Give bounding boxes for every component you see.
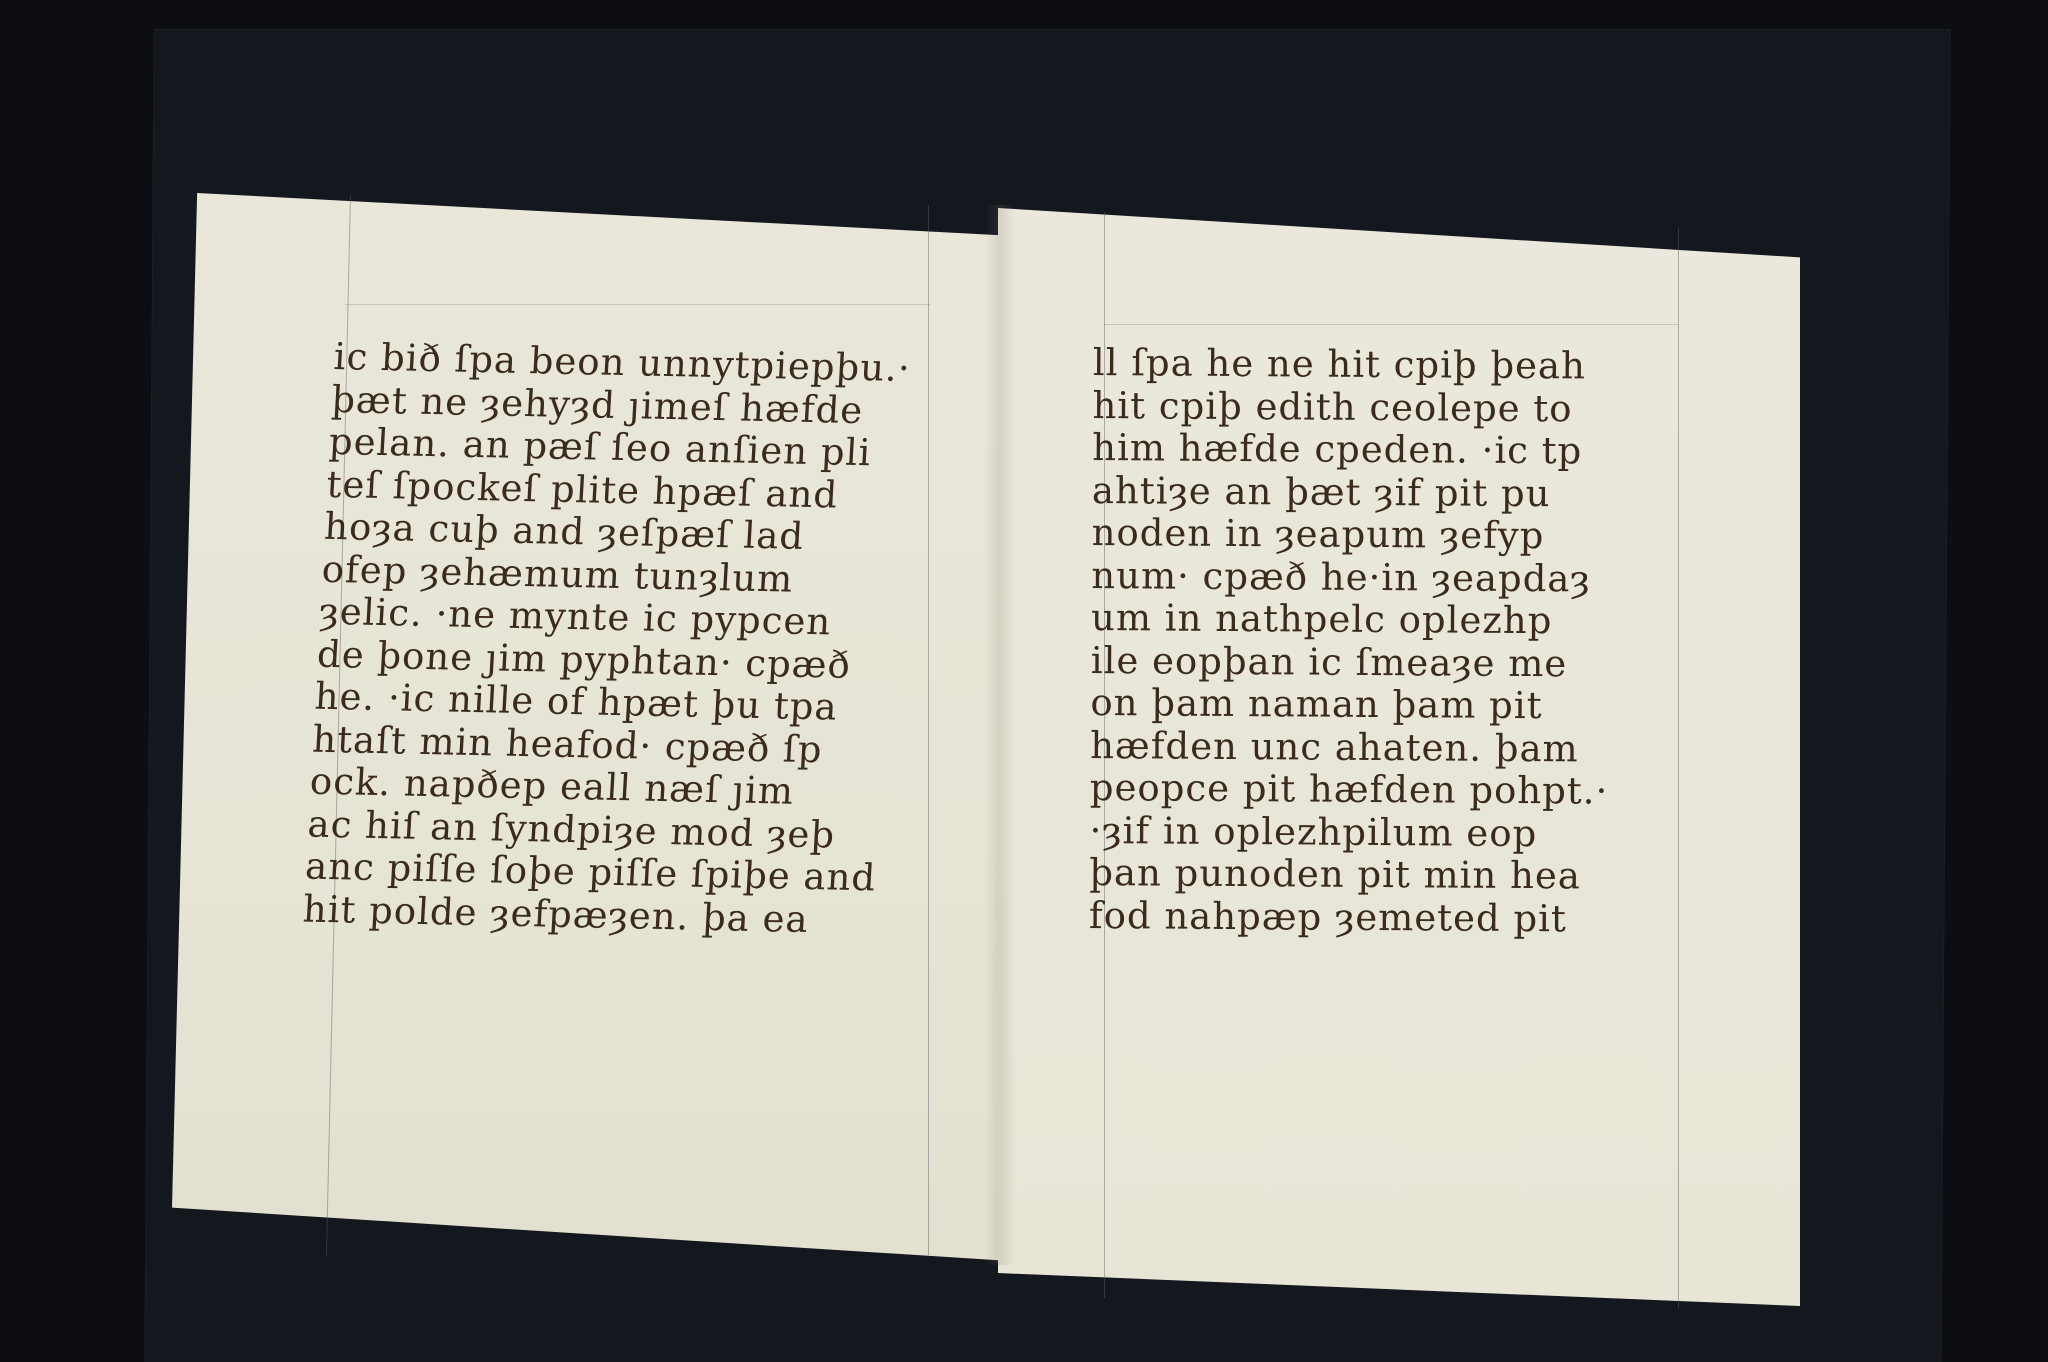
right-page-top-rule (1104, 324, 1679, 325)
right-page-right-rule (1678, 228, 1679, 1308)
manuscript-line: peopce pit hæfden pohpt.· (1090, 767, 1609, 813)
manuscript-line: um in nathpelc oplezhp (1091, 597, 1610, 643)
manuscript-line: on þam naman þam pit (1090, 682, 1609, 728)
manuscript-line: hæfden unc ahaten. þam (1090, 724, 1609, 770)
manuscript-line: þan punoden pit min hea (1089, 852, 1608, 898)
manuscript-line: ahtiȝe an þæt ȝif pit pu (1092, 469, 1611, 515)
manuscript-line: fod nahpæp ȝemeted pit (1089, 894, 1608, 940)
manuscript-line: num· cpæð he·in ȝeapdaȝ (1091, 554, 1610, 600)
manuscript-line: ll ſpa he ne hit cpiþ þeah (1093, 342, 1612, 388)
manuscript-line: ·ȝif in oplezhpilum eop (1089, 809, 1608, 855)
left-page-top-rule (345, 304, 930, 305)
manuscript-line: noden in ȝeapum ȝefyp (1092, 512, 1611, 558)
right-page-text: ll ſpa he ne hit cpiþ þeah hit cpiþ edit… (1089, 342, 1612, 941)
manuscript-line: hit cpiþ edith ceolepe to (1092, 384, 1611, 430)
left-page-right-rule (928, 205, 929, 1255)
left-page-text: ic bið ſpa beon unnytpiepþu.· þæt ne ȝeh… (302, 336, 912, 943)
book-gutter (985, 205, 1015, 1265)
manuscript-line: him hæfde cpeden. ·ic tp (1092, 427, 1611, 473)
manuscript-line: ile eopþan ic ſmeaȝe me (1091, 639, 1610, 685)
